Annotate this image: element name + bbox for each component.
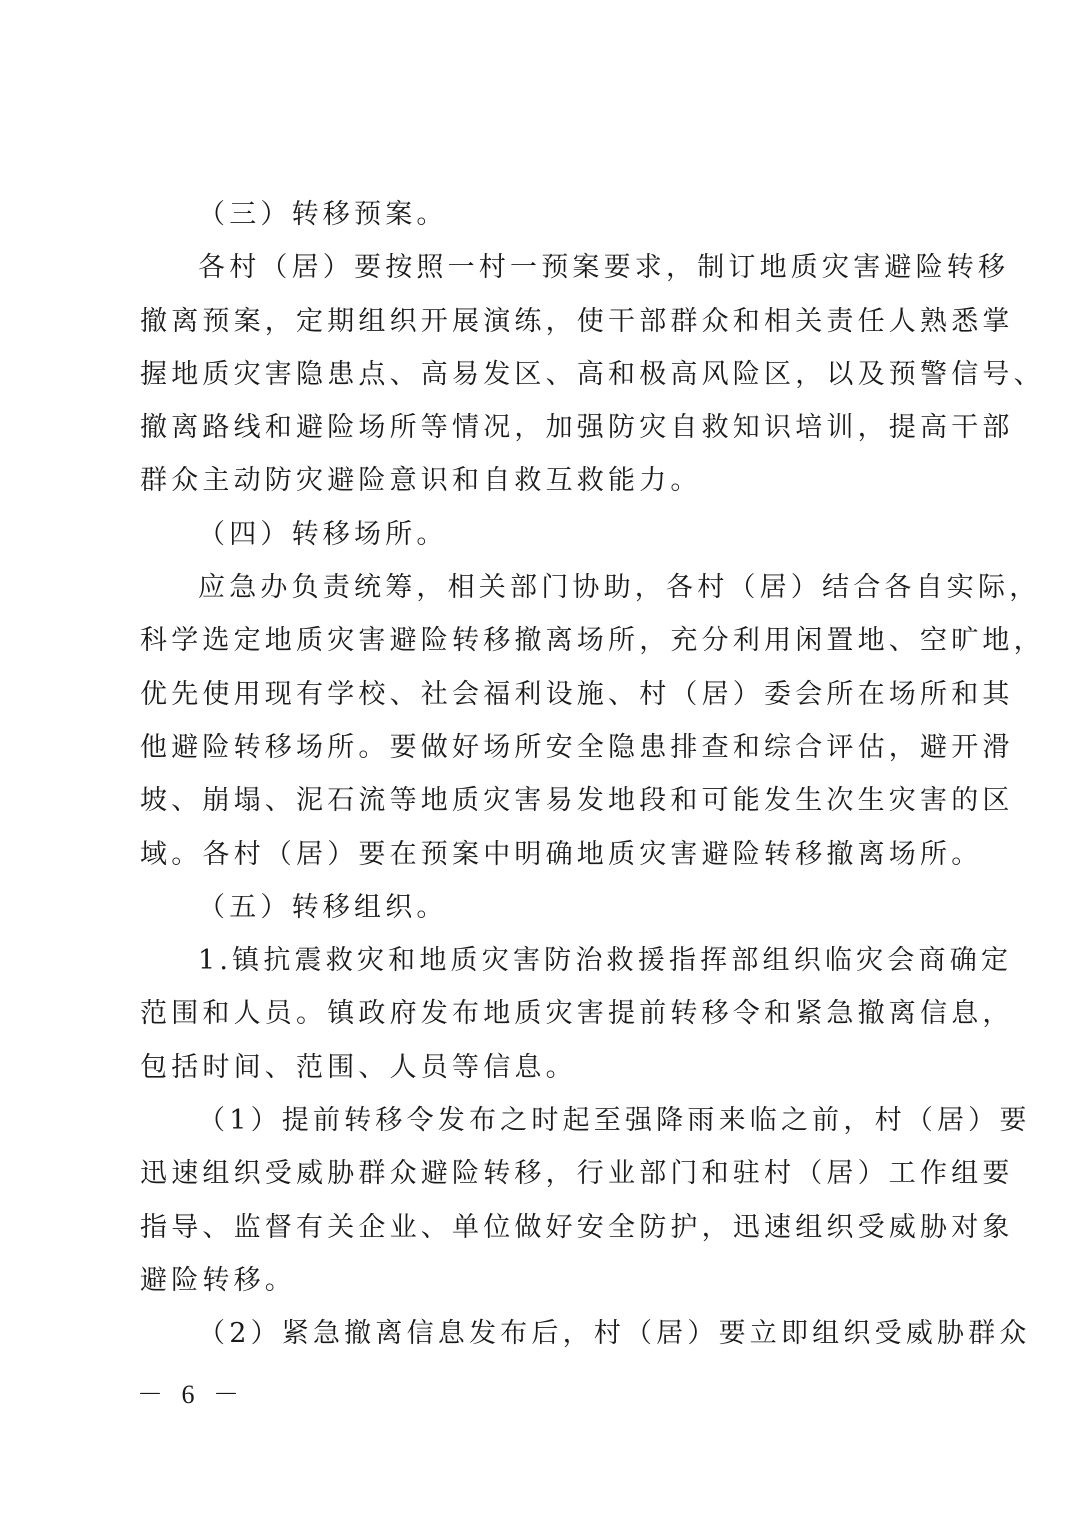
paragraph-line: 握地质灾害隐患点、高易发区、高和极高风险区，以及预警信号、	[140, 348, 940, 401]
paragraph-line: 优先使用现有学校、社会福利设施、村（居）委会所在场所和其	[140, 668, 940, 721]
paragraph-line: 坡、崩塌、泥石流等地质灾害易发地段和可能发生次生灾害的区	[140, 774, 940, 827]
document-page: （三）转移预案。 各村（居）要按照一村一预案要求，制订地质灾害避险转移 撤离预案…	[0, 0, 1074, 1520]
paragraph-line: （1）提前转移令发布之时起至强降雨来临之前，村（居）要	[140, 1094, 940, 1147]
paragraph-line: 避险转移。	[140, 1254, 940, 1307]
paragraph-line: 指导、监督有关企业、单位做好安全防护，迅速组织受威胁对象	[140, 1201, 940, 1254]
paragraph-line: （2）紧急撤离信息发布后，村（居）要立即组织受威胁群众	[140, 1307, 940, 1360]
paragraph-line: 撤离预案，定期组织开展演练，使干部群众和相关责任人熟悉掌	[140, 295, 940, 348]
paragraph-line: 他避险转移场所。要做好场所安全隐患排查和综合评估，避开滑	[140, 721, 940, 774]
paragraph-line: 撤离路线和避险场所等情况，加强防灾自救知识培训，提高干部	[140, 401, 940, 454]
page-number: － 6 －	[137, 1378, 245, 1412]
paragraph-line: 范围和人员。镇政府发布地质灾害提前转移令和紧急撤离信息，	[140, 987, 940, 1040]
section-heading-5: （五）转移组织。	[140, 881, 940, 934]
section-heading-3: （三）转移预案。	[140, 188, 940, 241]
paragraph-line: 各村（居）要按照一村一预案要求，制订地质灾害避险转移	[140, 241, 940, 294]
section-heading-4: （四）转移场所。	[140, 508, 940, 561]
paragraph-line: 域。各村（居）要在预案中明确地质灾害避险转移撤离场所。	[140, 828, 940, 881]
paragraph-line: 群众主动防灾避险意识和自救互救能力。	[140, 454, 940, 507]
paragraph-line: 应急办负责统筹，相关部门协助，各村（居）结合各自实际，	[140, 561, 940, 614]
paragraph-line: 迅速组织受威胁群众避险转移，行业部门和驻村（居）工作组要	[140, 1147, 940, 1200]
paragraph-line: 包括时间、范围、人员等信息。	[140, 1041, 940, 1094]
document-body: （三）转移预案。 各村（居）要按照一村一预案要求，制订地质灾害避险转移 撤离预案…	[140, 188, 940, 1361]
paragraph-line: 科学选定地质灾害避险转移撤离场所，充分利用闲置地、空旷地，	[140, 614, 940, 667]
paragraph-line: 1.镇抗震救灾和地质灾害防治救援指挥部组织临灾会商确定	[140, 934, 940, 987]
